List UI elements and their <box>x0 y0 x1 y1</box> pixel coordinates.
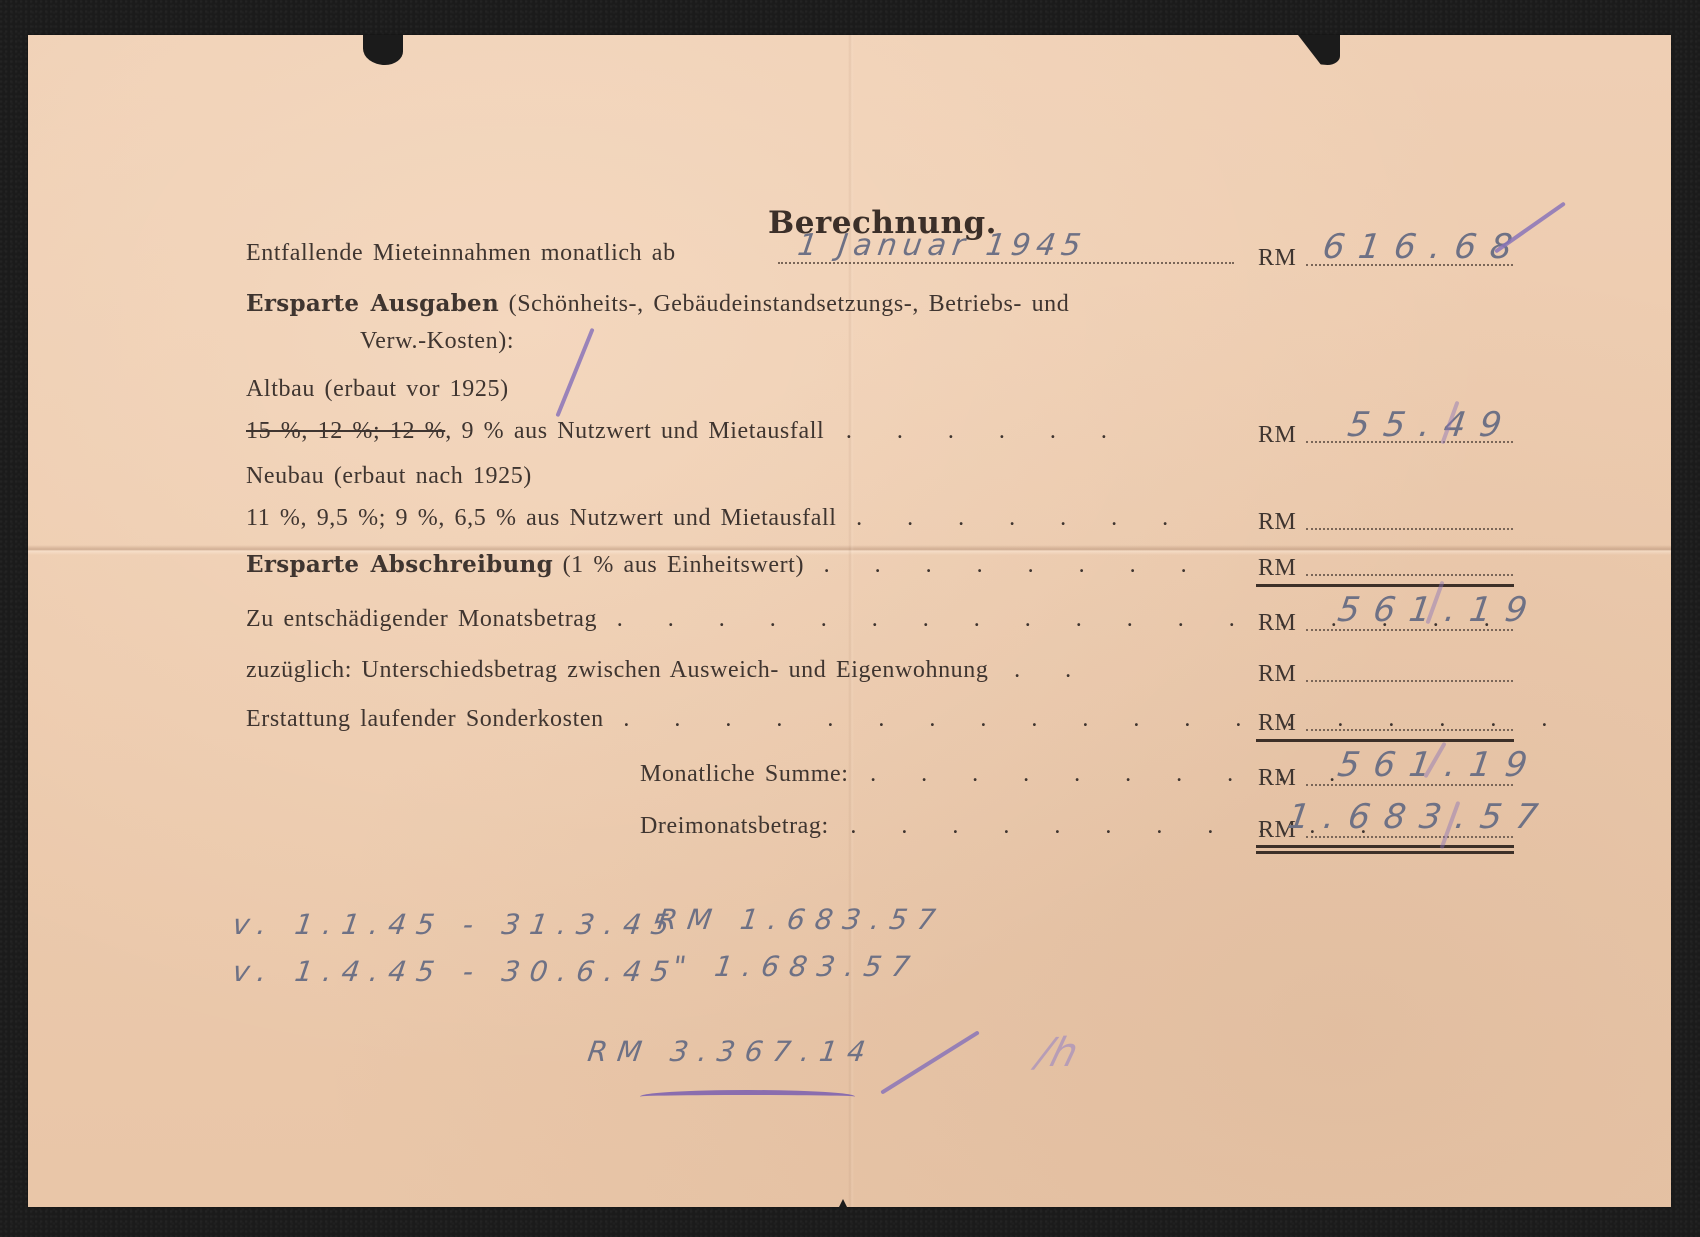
monatliche-summe-label: Monatliche Summe: <box>640 761 849 787</box>
currency-label: RM <box>1258 422 1296 449</box>
ersparte-ausgaben-detail: (Schönheits-, Gebäudeinstandsetzungs-, B… <box>509 291 1070 317</box>
currency-label: RM <box>1258 710 1296 737</box>
monatsbetrag-label: Zu entschädigender Monatsbetrag <box>246 606 597 632</box>
neubau-leader: . . . . . . . <box>856 505 1186 532</box>
document-page: Berechnung. Entfallende Mieteinnahmen mo… <box>28 35 1671 1207</box>
monatliche-summe-line: Monatliche Summe: . . . . . . . . . . <box>640 761 1353 788</box>
abschreibung-detail: (1 % aus Einheitswert) <box>563 552 804 578</box>
notch-bottom <box>838 1199 848 1209</box>
amount-line <box>1306 680 1513 682</box>
abschreibung-heading: Ersparte Abschreibung <box>246 551 553 578</box>
currency-label: RM <box>1258 610 1296 637</box>
amount-line <box>1306 528 1513 530</box>
unterschied-leader: . . <box>1014 657 1089 684</box>
amount-line <box>1306 729 1513 731</box>
amount-line <box>1306 574 1513 576</box>
dreimonatsbetrag-amount: 1.683.57 <box>1285 797 1554 837</box>
altbau-rate: , 9 % <box>445 418 504 444</box>
total-rule <box>1256 739 1514 742</box>
tear-top-right <box>1298 35 1340 65</box>
altbau-label: aus Nutzwert und Mietausfall <box>514 418 824 444</box>
note-period-2: v. 1.4.45 - 30.6.45 <box>231 955 682 988</box>
abschreibung-leader: . . . . . . . . <box>824 552 1205 579</box>
currency-label: RM <box>1258 555 1296 582</box>
total-underline <box>640 1090 855 1103</box>
double-rule-bottom <box>1256 851 1514 854</box>
unterschied-line: zuzüglich: Unterschiedsbetrag zwischen A… <box>246 657 1089 684</box>
altbau-heading: Altbau (erbaut vor 1925) <box>246 376 509 403</box>
sonderkosten-label: Erstattung laufender Sonderkosten <box>246 706 604 732</box>
ersparte-ausgaben-label: Ersparte Ausgaben (Schönheits-, Gebäudei… <box>246 290 1069 318</box>
subtotal-rule <box>1256 584 1514 587</box>
check-mark-icon <box>555 328 594 418</box>
unterschied-label: zuzüglich: Unterschiedsbetrag zwischen A… <box>246 657 988 683</box>
abschreibung-line: Ersparte Abschreibung (1 % aus Einheitsw… <box>246 551 1205 579</box>
neubau-label: aus Nutzwert und Mietausfall <box>526 505 836 531</box>
note-total: RM 3.367.14 <box>586 1035 878 1068</box>
currency-label: RM <box>1258 765 1296 792</box>
altbau-line: 15 %, 12 %; 12 %, 9 % aus Nutzwert und M… <box>246 418 1125 445</box>
double-rule-top <box>1256 845 1514 848</box>
check-mark-icon <box>880 1030 980 1094</box>
neubau-heading: Neubau (erbaut nach 1925) <box>246 463 532 490</box>
altbau-struck-rates: 15 %, 12 %; 12 % <box>246 418 445 444</box>
ersparte-ausgaben-heading: Ersparte Ausgaben <box>246 290 499 317</box>
currency-label: RM <box>1258 245 1296 272</box>
altbau-leader: . . . . . . <box>846 418 1125 445</box>
dreimonatsbetrag-label: Dreimonatsbetrag: <box>640 813 829 839</box>
tear-top-left <box>363 35 403 65</box>
currency-label: RM <box>1258 661 1296 688</box>
neubau-rates: 11 %, 9,5 %; 9 %, 6,5 % <box>246 505 517 531</box>
mieteinnahmen-label: Entfallende Mieteinnahmen monatlich ab <box>246 240 676 267</box>
note-period-2-amount: " 1.683.57 <box>671 950 922 983</box>
ersparte-ausgaben-cont: Verw.-Kosten): <box>360 328 514 355</box>
altbau-amount: 55.49 <box>1345 405 1518 445</box>
note-period-1: v. 1.1.45 - 31.3.45 <box>231 908 682 941</box>
neubau-line: 11 %, 9,5 %; 9 %, 6,5 % aus Nutzwert und… <box>246 505 1186 532</box>
mieteinnahmen-date: 1 Januar 1945 <box>796 228 1089 263</box>
handwritten-initials: /h <box>1032 1030 1083 1076</box>
note-period-1-amount: RM 1.683.57 <box>656 903 948 936</box>
currency-label: RM <box>1258 509 1296 536</box>
